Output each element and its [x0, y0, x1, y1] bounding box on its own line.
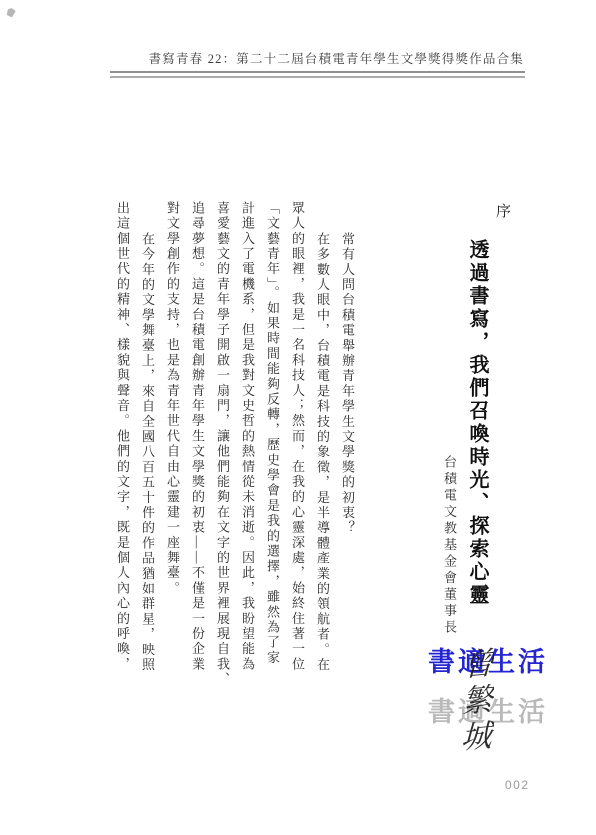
text-column: 眾人的眼裡，我是一名科技人；然而，在我的心靈深處，始終住著一位	[285, 201, 310, 675]
running-head: 書寫青春 22：第二十二屆台積電青年學生文學獎得獎作品合集	[149, 49, 524, 67]
text-column: 在今年的文學舞臺上，來自全國八百五十件的作品猶如群星，映照	[135, 201, 160, 675]
text-column: 對文學創作的支持，也是為青年世代自由心靈建一座舞臺。	[160, 201, 185, 675]
scan-speck-artifact	[6, 7, 16, 18]
author-title: 台積電文教基金會董事長	[440, 455, 459, 637]
text-column: 出這個世代的精神、樣貌與聲音。他們的文字，既是個人內心的呼喚，	[110, 201, 135, 675]
text-column: 追尋夢想。這是台積電創辦青年學生文學獎的初衷——不僅是一份企業	[185, 201, 210, 675]
preface-body-text: 常有人問台積電舉辦青年學生文學獎的初衷？在多數人眼中，台積電是科技的象徵，是半導…	[108, 201, 360, 675]
text-column: 常有人問台積電舉辦青年學生文學獎的初衷？	[335, 201, 360, 675]
text-column: 計進入了電機系，但是我對文史哲的熱情從未消逝。因此，我盼望能為	[235, 201, 260, 675]
text-column: 喜愛藝文的青年學子開啟一扇門，讓他們能夠在文字的世界裡展現自我、	[210, 201, 235, 675]
preface-label: 序	[492, 203, 513, 220]
text-column: 「文藝青年」。如果時間能夠反轉，歷史學會是我的選擇，雖然為了家	[260, 201, 285, 675]
book-page: 書寫青春 22：第二十二屆台積電青年學生文學獎得獎作品合集 序 透過書寫，我們召…	[0, 0, 596, 835]
chairman-signature: 曾繁城	[450, 646, 499, 759]
preface-title: 透過書寫，我們召喚時光、探索心靈	[463, 239, 492, 607]
page-number: 002	[505, 778, 530, 792]
text-column: 在多數人眼中，台積電是科技的象徵，是半導體產業的領航者。在	[310, 201, 335, 675]
header-rule	[110, 71, 525, 78]
